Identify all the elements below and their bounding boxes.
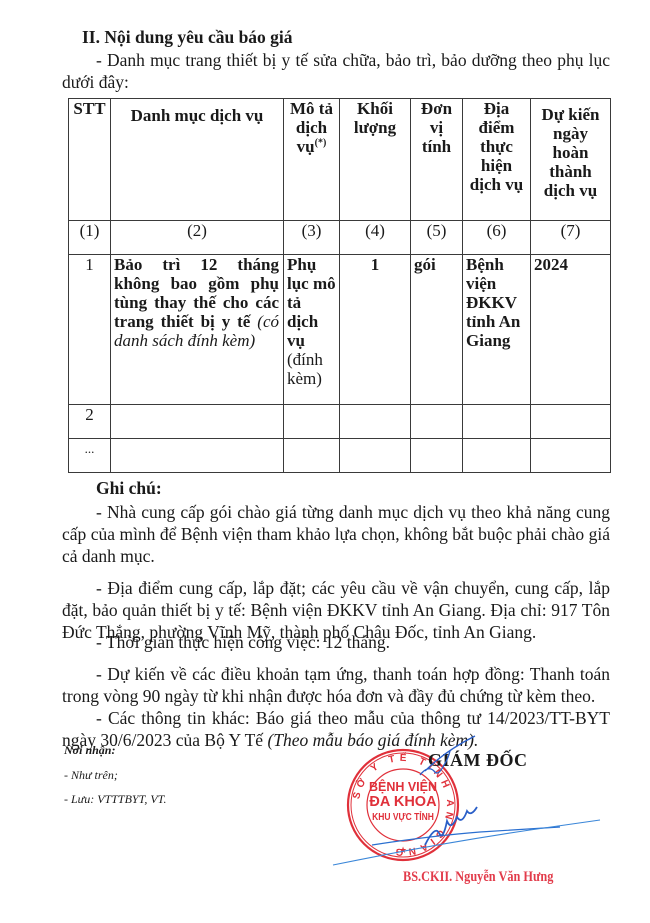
notes-title: Ghi chú: xyxy=(96,478,162,499)
recipient-item: - Lưu: VTTTBYT, VT. xyxy=(64,792,166,807)
intro-paragraph: - Danh mục trang thiết bị y tế sửa chữa,… xyxy=(62,49,610,93)
header-stt: STT xyxy=(69,99,111,221)
header-unit: Đơn vị tính xyxy=(411,99,463,221)
col-number: (1) xyxy=(69,221,111,255)
note-item: - Nhà cung cấp gói chào giá từng danh mụ… xyxy=(62,501,610,567)
col-number: (7) xyxy=(531,221,611,255)
director-title: GIÁM ĐỐC xyxy=(428,750,528,771)
col-number: (4) xyxy=(340,221,411,255)
note-item: - Dự kiến về các điều khoản tạm ứng, tha… xyxy=(62,663,610,707)
header-location: Địa điểm thực hiện dịch vụ xyxy=(463,99,531,221)
col-number: (3) xyxy=(284,221,340,255)
header-quantity: Khối lượng xyxy=(340,99,411,221)
table-row: 2 xyxy=(69,405,611,439)
column-number-row: (1) (2) (3) (4) (5) (6) (7) xyxy=(69,221,611,255)
row-stt: ... xyxy=(69,439,111,473)
section-title: II. Nội dung yêu cầu báo giá xyxy=(82,27,293,48)
row-stt: 2 xyxy=(69,405,111,439)
recipient-item: - Như trên; xyxy=(64,768,118,783)
row-stt: 1 xyxy=(69,255,111,405)
stamp-line-1: BỆNH VIỆN xyxy=(346,780,460,794)
recipients-title: Nơi nhận: xyxy=(64,743,115,758)
svg-text:★: ★ xyxy=(399,845,407,855)
stamp-line-2: ĐA KHOA xyxy=(346,794,460,810)
header-description: Mô tả dịch vụ(*) xyxy=(284,99,340,221)
signer-name: BS.CKII. Nguyễn Văn Hưng xyxy=(403,869,553,886)
table-row: ... xyxy=(69,439,611,473)
row-quantity: 1 xyxy=(340,255,411,405)
table-row: 1 Bảo trì 12 tháng không bao gồm phụ tùn… xyxy=(69,255,611,405)
note-item: - Thời gian thực hiện công việc: 12 thán… xyxy=(62,631,610,653)
col-number: (6) xyxy=(463,221,531,255)
stamp-line-3: KHU VỰC TỈNH xyxy=(355,812,452,823)
row-unit: gói xyxy=(411,255,463,405)
row-completion: 2024 xyxy=(531,255,611,405)
note-item: - Các thông tin khác: Báo giá theo mẫu c… xyxy=(62,707,610,751)
header-service: Danh mục dịch vụ xyxy=(111,99,284,221)
row-location: Bệnh viện ĐKKV tỉnh An Giang xyxy=(463,255,531,405)
header-completion: Dự kiến ngày hoàn thành dịch vụ xyxy=(531,99,611,221)
col-number: (2) xyxy=(111,221,284,255)
table-header-row: STT Danh mục dịch vụ Mô tả dịch vụ(*) Kh… xyxy=(69,99,611,221)
service-table: STT Danh mục dịch vụ Mô tả dịch vụ(*) Kh… xyxy=(68,98,611,473)
col-number: (5) xyxy=(411,221,463,255)
row-description: Phụ lục mô tả dịch vụ (đính kèm) xyxy=(284,255,340,405)
row-service: Bảo trì 12 tháng không bao gồm phụ tùng … xyxy=(111,255,284,405)
